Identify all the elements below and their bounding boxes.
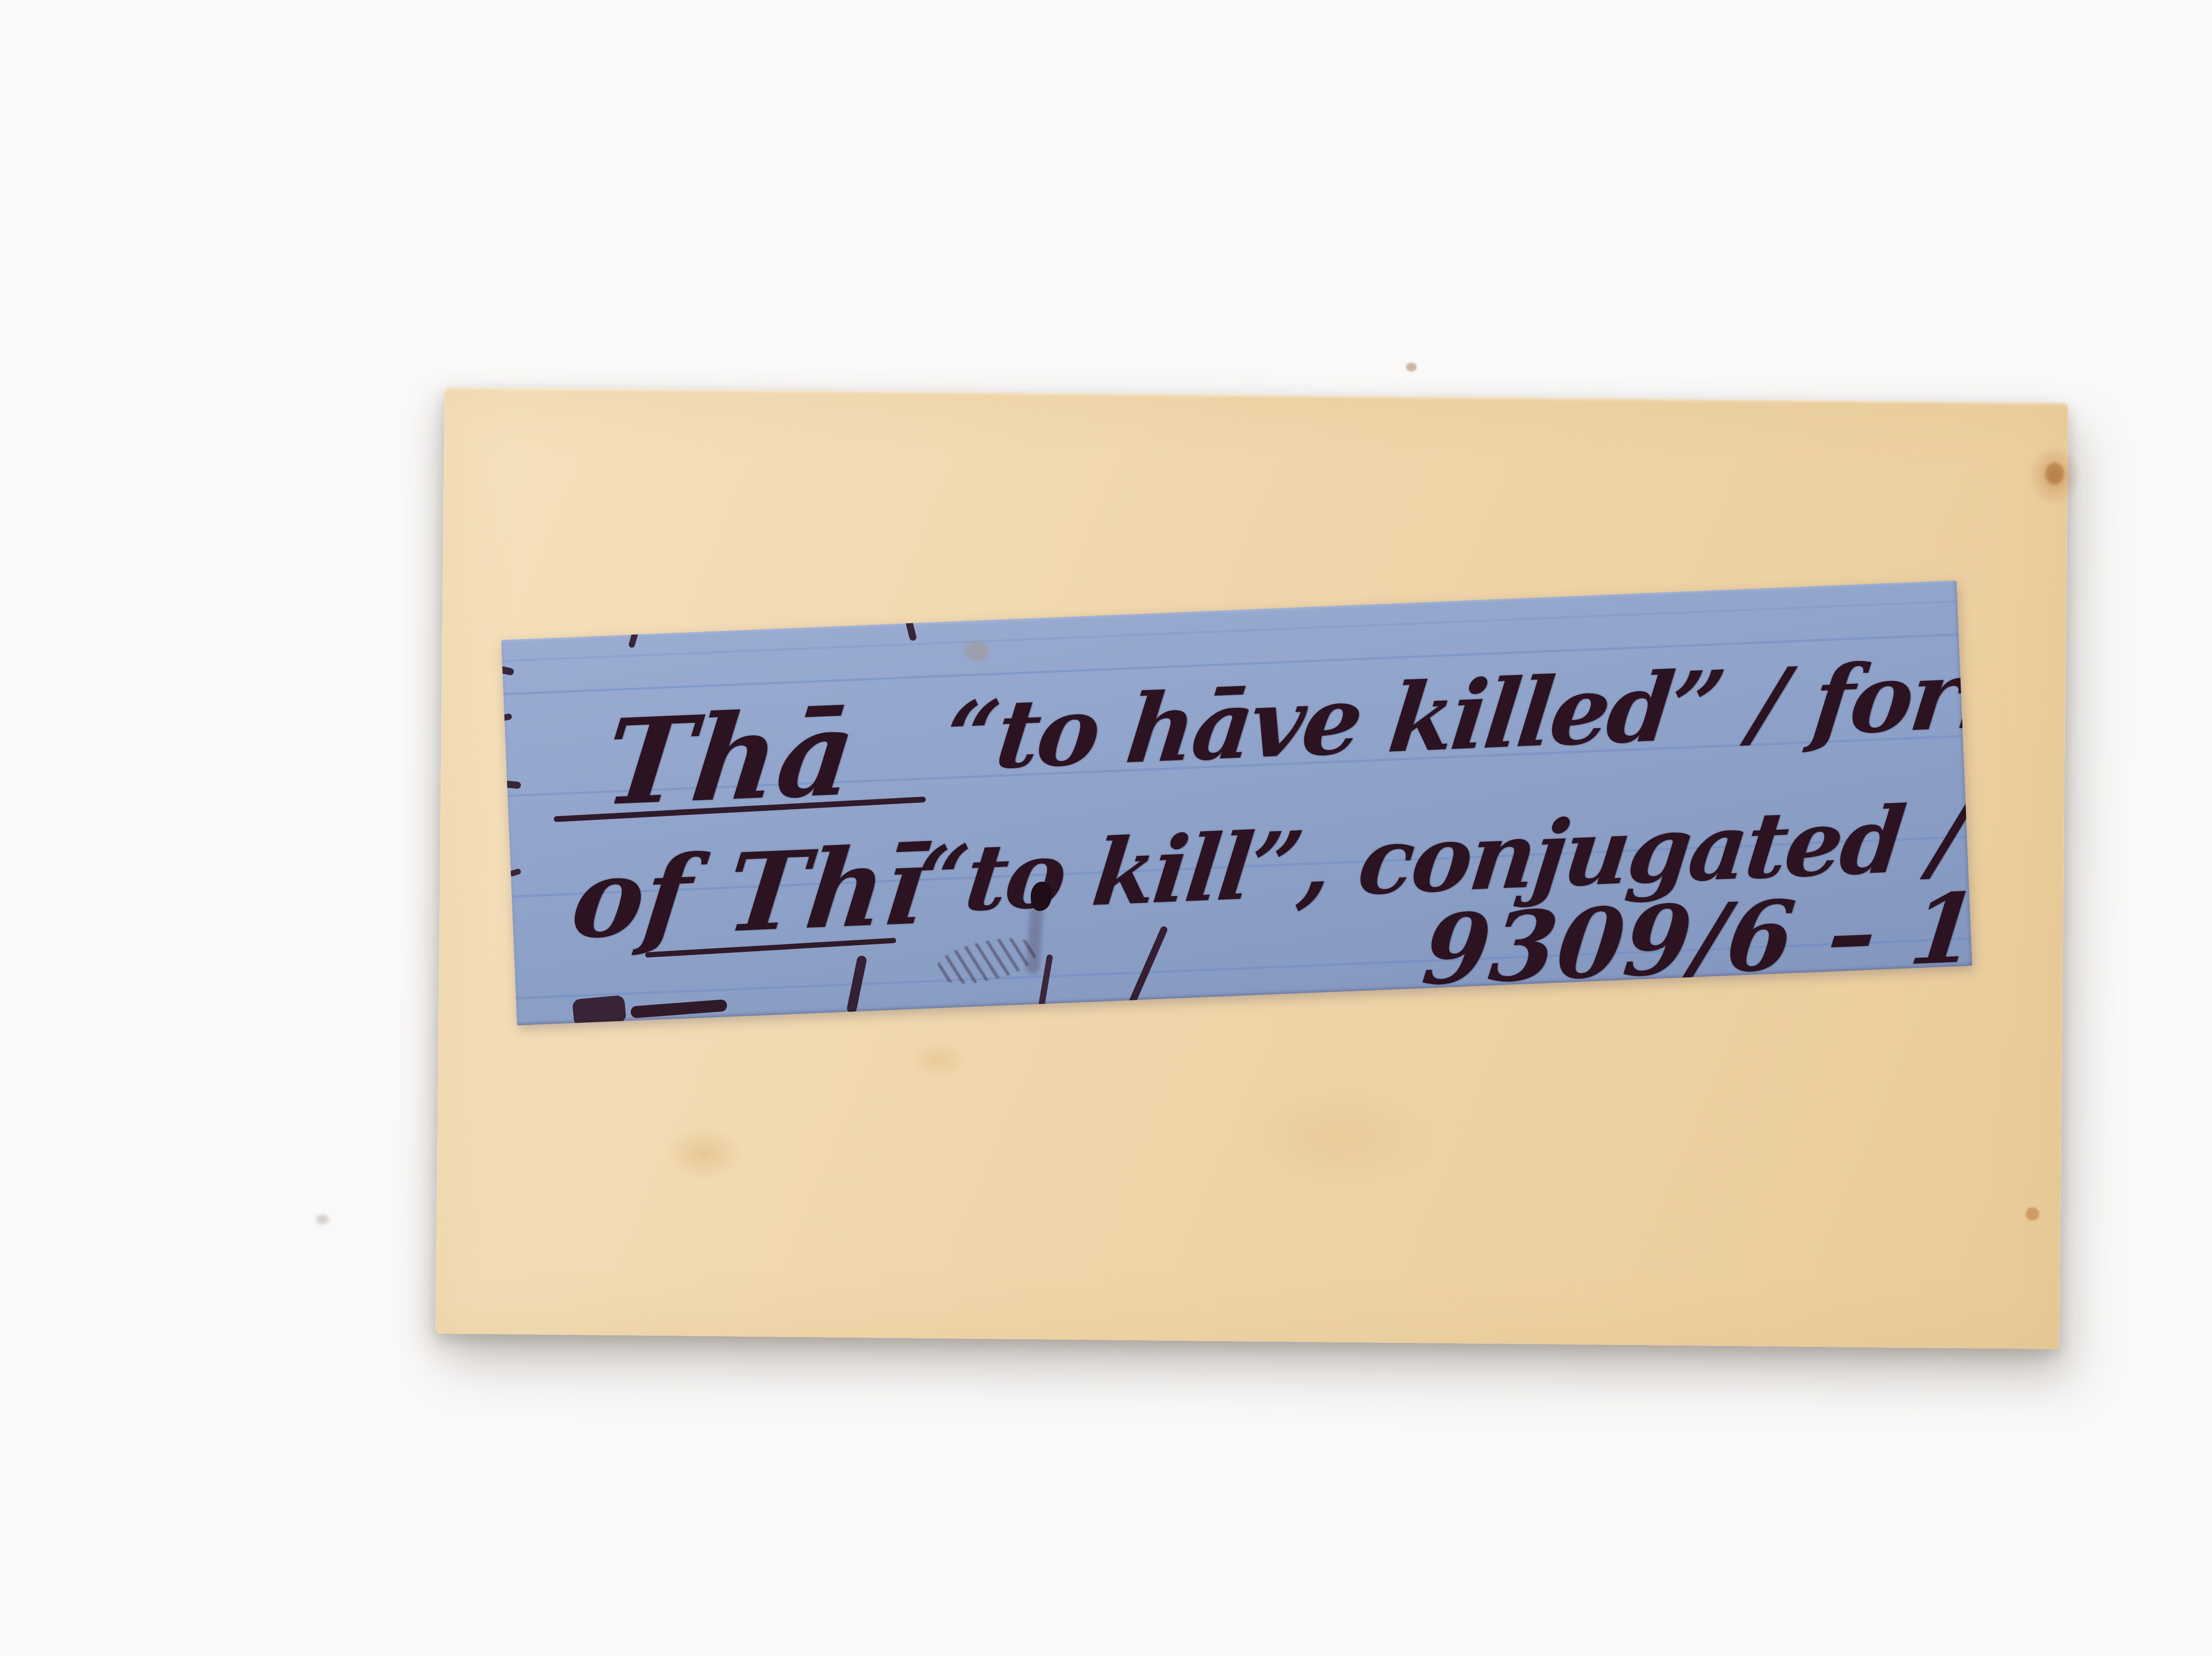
card-stain-top-right-core — [2045, 463, 2064, 485]
cut-ink-mark-bottom — [572, 995, 626, 1025]
card-stain-below-slip — [909, 1042, 967, 1077]
card-stain-bottom — [1242, 1082, 1433, 1190]
glue-spot — [964, 640, 989, 662]
backdrop-speck — [1406, 363, 1417, 372]
card-stain-left — [665, 1126, 743, 1182]
photo-background: Thā “to hāve killed” / form of Thī “to k… — [0, 0, 2212, 1656]
handwriting-line1-text: “to hāve killed” / form — [939, 636, 1972, 792]
cut-ink-mark-left — [501, 666, 515, 676]
note-slip: Thā “to hāve killed” / form of Thī “to k… — [501, 580, 1972, 1025]
cut-ink-mark-bottom — [630, 999, 727, 1018]
card-stain-right-dot — [2026, 1207, 2039, 1220]
ink-scribble-smudge — [933, 931, 1040, 991]
cut-ink-mark-left — [509, 868, 522, 877]
backdrop-speck — [316, 1215, 329, 1224]
